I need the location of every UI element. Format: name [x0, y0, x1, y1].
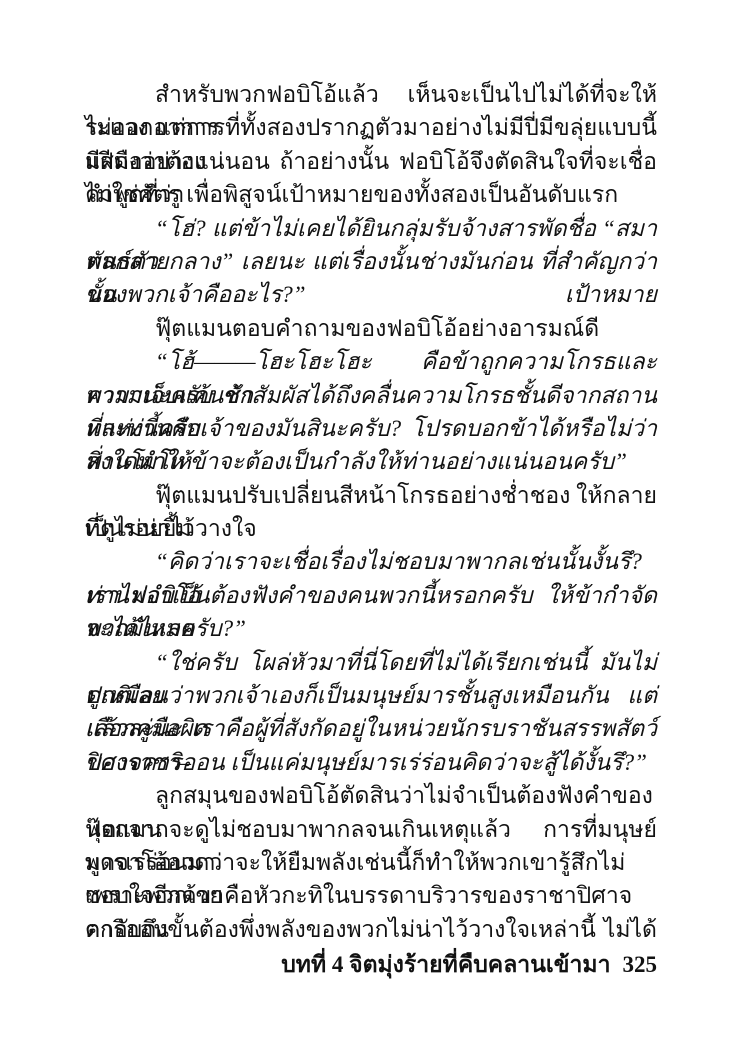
paragraph-dialogue-4: “ใช่ครับ โผล่หัวมาที่นี่โดยที่ไม่ได้เรีย…: [85, 646, 657, 780]
chapter-footer: บทที่ 4 จิตมุ่งร้ายที่คืบคลานเข้ามา325: [281, 948, 657, 981]
text-line: สำหรับพวกฟอบิโอ้แล้ว เห็นจะเป็นไปไม่ได้ท…: [85, 78, 657, 111]
text-line: แล้วละนะ เราคือผู้ที่สังกัดอยู่ในหน่วยนั…: [85, 712, 657, 745]
text-line: “ใช่ครับ โผล่หัวมาที่นี่โดยที่ไม่ได้เรีย…: [85, 646, 657, 679]
text-line: มีฝีมืออย่างแน่นอน ถ้าอย่างนั้น ฟอบิโอ้จ…: [85, 145, 657, 178]
paragraph-dialogue-2: “โฮ้———โฮะโฮะโฮะ คือข้าถูกความโกรธและควา…: [85, 345, 657, 479]
text-line: เราไม่จำเป็นต้องฟังคำของคนพวกนี้หรอกครับ…: [85, 579, 657, 612]
text-line: “โฮ่? แต่ข้าไม่เคยได้ยินกลุ่มรับจ้างสารพ…: [85, 212, 657, 245]
paragraph-narration-4: ลูกสมุนของฟอบิโอ้ตัดสินว่าไม่จำเป็นต้องฟ…: [85, 779, 657, 946]
text-line: ดูเหมือนว่าพวกเจ้าเองก็เป็นมนุษย์มารชั้น…: [85, 679, 657, 712]
text-line: และท่านคือเจ้าของมันสินะครับ? โปรดบอกข้า…: [85, 412, 657, 445]
text-line: ลูกสมุนของฟอบิโอ้ตัดสินว่าไม่จำเป็นต้องฟ…: [85, 779, 657, 812]
text-line: ฟุ๊ตแมนปรับเปลี่ยนสีหน้าโกรธอย่างช่ำชอง …: [85, 479, 657, 512]
book-page: สำหรับพวกฟอบิโอ้แล้ว เห็นจะเป็นไปไม่ได้ท…: [0, 0, 738, 1051]
paragraph-narration-2: ฟุ๊ตแมนตอบคำถามของฟอบิโอ้อย่างอารมณ์ดี: [85, 312, 657, 345]
text-line: ปิศาจคาริออน เป็นแค่มนุษย์มารเร่ร่อนคิดว…: [85, 746, 657, 779]
paragraph-dialogue-3: “คิดว่าเราจะเชื่อเรื่องไม่ชอบมาพากลเช่นน…: [85, 545, 657, 645]
text-line: ตกอับถึงขั้นต้องพึ่งพลังของพวกไม่น่าไว้ว…: [85, 913, 657, 946]
text-line: นอกจากจะดูไม่ชอบมาพากลจนเกินเหตุแล้ว การ…: [85, 813, 657, 846]
text-line: ฟุ๊ตแมนตอบคำถามของฟอบิโอ้อย่างอารมณ์ดี: [85, 312, 657, 345]
page-number: 325: [623, 952, 658, 977]
text-line: ที่ดูไม่น่าไว้วางใจ: [85, 512, 657, 545]
chapter-title: บทที่ 4 จิตมุ่งร้ายที่คืบคลานเข้ามา: [281, 952, 610, 977]
page-text: สำหรับพวกฟอบิโอ้แล้ว เห็นจะเป็นไปไม่ได้ท…: [85, 78, 657, 946]
text-line: พามาน่ะครับ ข้าสัมผัสได้ถึงคลื่นความโกรธ…: [85, 379, 657, 412]
text-line: “คิดว่าเราจะเชื่อเรื่องไม่ชอบมาพากลเช่นน…: [85, 545, 657, 578]
text-line: ไม่ใช่ศัตรู เพื่อพิสูจน์เป้าหมายของทั้งส…: [85, 178, 657, 211]
text-line: ระแวง แต่การที่ทั้งสองปรากฏตัวมาอย่างไม่…: [85, 111, 657, 144]
text-line: จะได้ไหมครับ?”: [85, 612, 657, 645]
text-line: “โฮ้———โฮะโฮะโฮะ คือข้าถูกความโกรธและควา…: [85, 345, 657, 378]
paragraph-dialogue-1: “โฮ่? แต่ข้าไม่เคยได้ยินกลุ่มรับจ้างสารพ…: [85, 212, 657, 312]
text-line: เพราะพวกเขาคือหัวกะทิในบรรดาบริวารของราช…: [85, 879, 657, 912]
paragraph-narration-1: สำหรับพวกฟอบิโอ้แล้ว เห็นจะเป็นไปไม่ได้ท…: [85, 78, 657, 212]
text-line: ตลกสายกลาง” เลยนะ แต่เรื่องนั้นช่างมันก่…: [85, 245, 657, 278]
text-line: พูดจาโอ้อวดว่าจะให้ยืมพลังเช่นนี้ก็ทำให้…: [85, 846, 657, 879]
paragraph-narration-3: ฟุ๊ตแมนปรับเปลี่ยนสีหน้าโกรธอย่างช่ำชอง …: [85, 479, 657, 546]
text-line: ท่านโมโห ข้าจะต้องเป็นกำลังให้ท่านอย่างแ…: [85, 445, 657, 478]
